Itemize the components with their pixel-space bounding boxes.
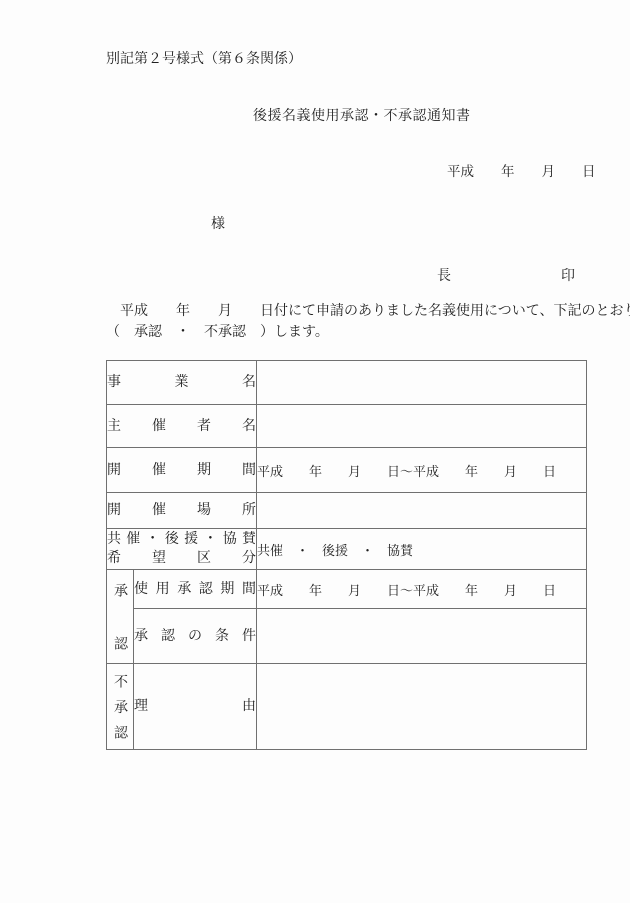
row-event-period: 開催期間 平成 年 月 日～平成 年 月 日 bbox=[107, 448, 587, 493]
approval-conditions-value bbox=[257, 609, 587, 664]
notification-table: 事業名 主催者名 開催期間 平成 年 月 日～平成 年 月 日 開催場所 bbox=[106, 360, 587, 750]
row-event-location: 開催場所 bbox=[107, 493, 587, 529]
body-paragraph: 平成 年 月 日付にて申請のありました名義使用について、下記のとおり （ 承認 … bbox=[106, 301, 630, 343]
row-business-name: 事業名 bbox=[107, 361, 587, 405]
event-location-value bbox=[257, 493, 587, 529]
rejection-group-cell: 不承認 bbox=[107, 664, 134, 750]
rejection-group-label: 不承認 bbox=[110, 664, 130, 749]
approval-group-cell: 承認 bbox=[107, 570, 134, 664]
row-approval-conditions: 承認の条件 bbox=[107, 609, 587, 664]
category-label-line2: 希望区分 bbox=[107, 549, 256, 568]
seal-mark: 印 bbox=[561, 265, 575, 285]
approval-group-label: 承認 bbox=[110, 570, 130, 663]
row-rejection-reason: 不承認 理由 bbox=[107, 664, 587, 750]
approval-period-label: 使用承認期間 bbox=[134, 580, 256, 599]
organizer-name-value bbox=[257, 405, 587, 448]
issue-date-line: 平成 年 月 日 bbox=[447, 160, 596, 180]
rejection-reason-value bbox=[257, 664, 587, 750]
rejection-reason-label: 理由 bbox=[134, 697, 256, 716]
business-name-label: 事業名 bbox=[107, 373, 256, 392]
approval-period-value: 平成 年 月 日～平成 年 月 日 bbox=[257, 570, 587, 609]
event-period-value: 平成 年 月 日～平成 年 月 日 bbox=[257, 448, 587, 493]
body-line-1: 平成 年 月 日付にて申請のありました名義使用について、下記のとおり bbox=[106, 301, 630, 322]
event-location-label: 開催場所 bbox=[107, 501, 256, 520]
row-category-preference: 共催・後援・協賛 希望区分 共催 ・ 後援 ・ 協賛 bbox=[107, 529, 587, 570]
addressee-honorific: 様 bbox=[211, 213, 225, 233]
business-name-value bbox=[257, 361, 587, 405]
approval-conditions-label: 承認の条件 bbox=[134, 627, 256, 646]
event-period-label: 開催期間 bbox=[107, 461, 256, 480]
row-approval-period: 承認 使用承認期間 平成 年 月 日～平成 年 月 日 bbox=[107, 570, 587, 609]
row-organizer-name: 主催者名 bbox=[107, 405, 587, 448]
document-page: 別記第２号様式（第６条関係） 後援名義使用承認・不承認通知書 平成 年 月 日 … bbox=[0, 0, 630, 903]
category-label-line1: 共催・後援・協賛 bbox=[107, 530, 256, 549]
body-line-2: （ 承認 ・ 不承認 ）します。 bbox=[106, 322, 630, 343]
organizer-name-label: 主催者名 bbox=[107, 417, 256, 436]
document-title: 後援名義使用承認・不承認通知書 bbox=[253, 105, 471, 125]
issuer-title: 長 bbox=[437, 265, 451, 285]
issuer-signature-line: 長 印 bbox=[437, 265, 575, 285]
category-value: 共催 ・ 後援 ・ 協賛 bbox=[257, 529, 587, 570]
form-id-label: 別記第２号様式（第６条関係） bbox=[106, 48, 302, 68]
